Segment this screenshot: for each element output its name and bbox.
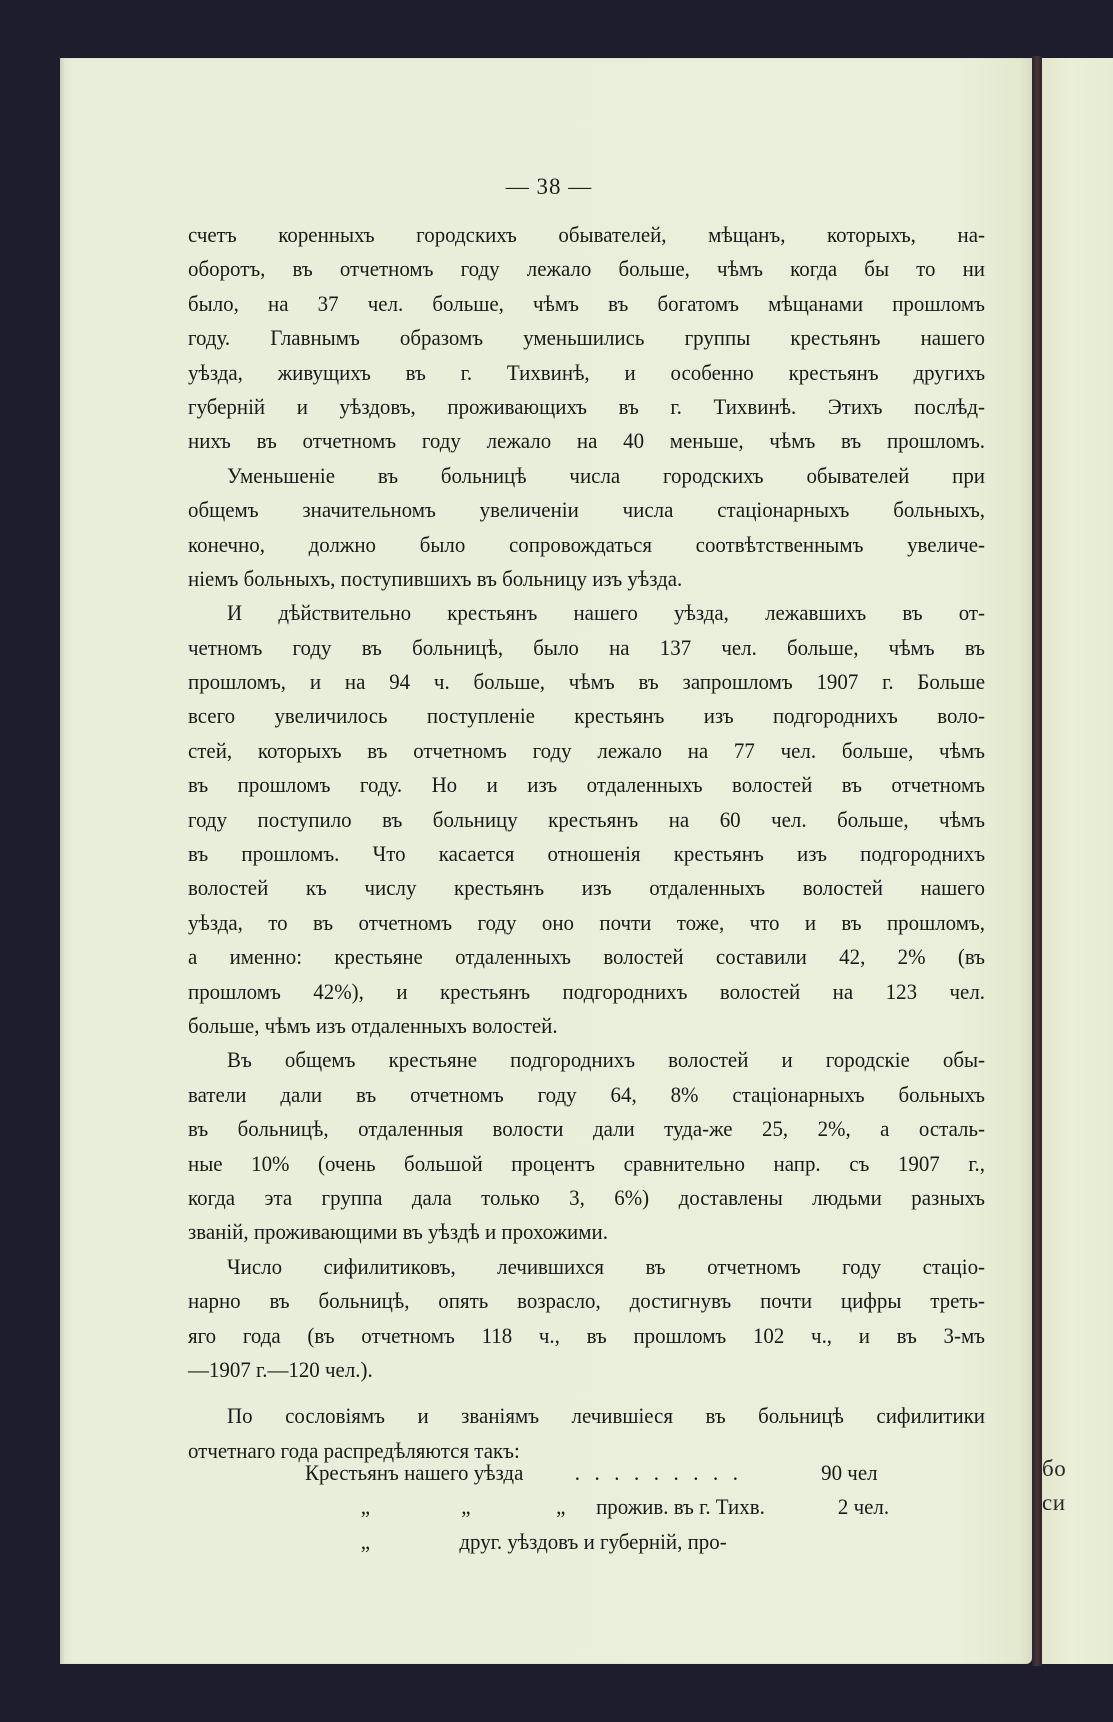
text-line: счетъ коренныхъ городскихъ обывателей, м… xyxy=(188,218,985,252)
text-line: яго года (въ отчетномъ 118 ч., въ прошло… xyxy=(188,1319,985,1353)
book-page: — 38 — счетъ коренныхъ городскихъ обыват… xyxy=(60,58,1032,1664)
text-line: Уменьшеніе въ больницѣ числа городскихъ … xyxy=(188,459,985,493)
distribution-list: Крестьянъ нашего уѣзда . . . . . . . . .… xyxy=(305,1456,919,1559)
text-line: нихъ въ отчетномъ году лежало на 40 мень… xyxy=(188,424,985,458)
text-line: въ больницѣ, отдаленныя волости дали туд… xyxy=(188,1112,985,1146)
text-line: Число сифилитиковъ, лечившихся въ отчетн… xyxy=(188,1250,985,1284)
list-item: Крестьянъ нашего уѣзда . . . . . . . . .… xyxy=(305,1456,919,1490)
text-line: было, на 37 чел. больше, чѣмъ въ богатом… xyxy=(188,287,985,321)
text-line: году поступило въ больницу крестьянъ на … xyxy=(188,803,985,837)
text-line: общемъ значительномъ увеличеніи числа ст… xyxy=(188,493,985,527)
next-page-fragment: си xyxy=(1042,1490,1066,1516)
text-line: всего увеличилось поступленіе крестьянъ … xyxy=(188,699,985,733)
text-line: ніемъ больныхъ, поступившихъ въ больницу… xyxy=(188,562,985,596)
text-line: прошломъ, и на 94 ч. больше, чѣмъ въ зап… xyxy=(188,665,985,699)
text-line: прошломъ 42%), и крестьянъ подгородниxъ … xyxy=(188,975,985,1009)
ditto-mark: „ xyxy=(361,1525,370,1559)
text-line: уѣзда, то въ отчетномъ году оно почти то… xyxy=(188,906,985,940)
text-line: званій, проживающими въ уѣздѣ и прохожим… xyxy=(188,1215,985,1249)
text-line: нарно въ больницѣ, опять возрасло, дости… xyxy=(188,1284,985,1318)
text-line: —1907 г.—120 чел.). xyxy=(188,1353,985,1387)
next-page-fragment: бо xyxy=(1042,1456,1066,1482)
page-number: — 38 — xyxy=(60,174,1032,200)
list-value: 2 чел. xyxy=(838,1490,889,1524)
text-line: больше, чѣмъ изъ отдаленныхъ волостей. xyxy=(188,1009,985,1043)
text-line: стей, которыхъ въ отчетномъ году лежало … xyxy=(188,734,985,768)
text-line: губерній и уѣздовъ, проживающихъ въ г. Т… xyxy=(188,390,985,424)
text-line: въ прошломъ году. Но и изъ отдаленныхъ в… xyxy=(188,768,985,802)
paragraph: Уменьшеніе въ больницѣ числа городскихъ … xyxy=(188,459,929,597)
list-label: прожив. въ г. Тихв. xyxy=(596,1490,765,1524)
text-line: И дѣйствительно крестьянъ нашего уѣзда, … xyxy=(188,596,985,630)
text-line: четномъ году въ больницѣ, было на 137 че… xyxy=(188,631,985,665)
list-item: „ „ „ прожив. въ г. Тихв. 2 чел. xyxy=(305,1490,919,1524)
ditto-mark: „ xyxy=(461,1490,470,1524)
body-text: счетъ коренныхъ городскихъ обывателей, м… xyxy=(188,218,929,1468)
list-label: друг. уѣздовъ и губерній, про- xyxy=(459,1525,726,1559)
text-line: оборотъ, въ отчетномъ году лежало больше… xyxy=(188,252,985,286)
book-gutter xyxy=(1032,56,1042,1666)
text-line: когда эта группа дала только 3, 6%) дост… xyxy=(188,1181,985,1215)
text-line: ватели дали въ отчетномъ году 64, 8% ста… xyxy=(188,1078,985,1112)
text-line: волостей къ числу крестьянъ изъ отдаленн… xyxy=(188,871,985,905)
text-line: По сословіямъ и званіямъ лечившіеся въ б… xyxy=(188,1399,985,1433)
text-line: а именно: крестьяне отдаленныхъ волостей… xyxy=(188,940,985,974)
text-line: году. Главнымъ образомъ уменьшились груп… xyxy=(188,321,985,355)
list-label: Крестьянъ нашего уѣзда xyxy=(305,1456,523,1490)
list-item: „ друг. уѣздовъ и губерній, про- xyxy=(305,1525,919,1559)
paragraph: Число сифилитиковъ, лечившихся въ отчетн… xyxy=(188,1250,929,1388)
next-page-edge: бо си xyxy=(1042,58,1113,1664)
paragraph: счетъ коренныхъ городскихъ обывателей, м… xyxy=(188,218,929,459)
ditto-mark: „ xyxy=(361,1490,370,1524)
text-line: Въ общемъ крестьяне подгородниxъ волосте… xyxy=(188,1043,985,1077)
text-line: ные 10% (очень большой процентъ сравните… xyxy=(188,1147,985,1181)
paragraph: Въ общемъ крестьяне подгородниxъ волосте… xyxy=(188,1043,929,1249)
leader-dots: . . . . . . . . . xyxy=(575,1456,743,1490)
paragraph: И дѣйствительно крестьянъ нашего уѣзда, … xyxy=(188,596,929,1043)
text-line: уѣзда, живущихъ въ г. Тихвинѣ, и особенн… xyxy=(188,356,985,390)
text-line: конечно, должно было сопровождаться соот… xyxy=(188,528,985,562)
text-line: въ прошломъ. Что касается отношенія крес… xyxy=(188,837,985,871)
ditto-mark: „ xyxy=(556,1490,565,1524)
list-value: 90 чел xyxy=(821,1456,877,1490)
